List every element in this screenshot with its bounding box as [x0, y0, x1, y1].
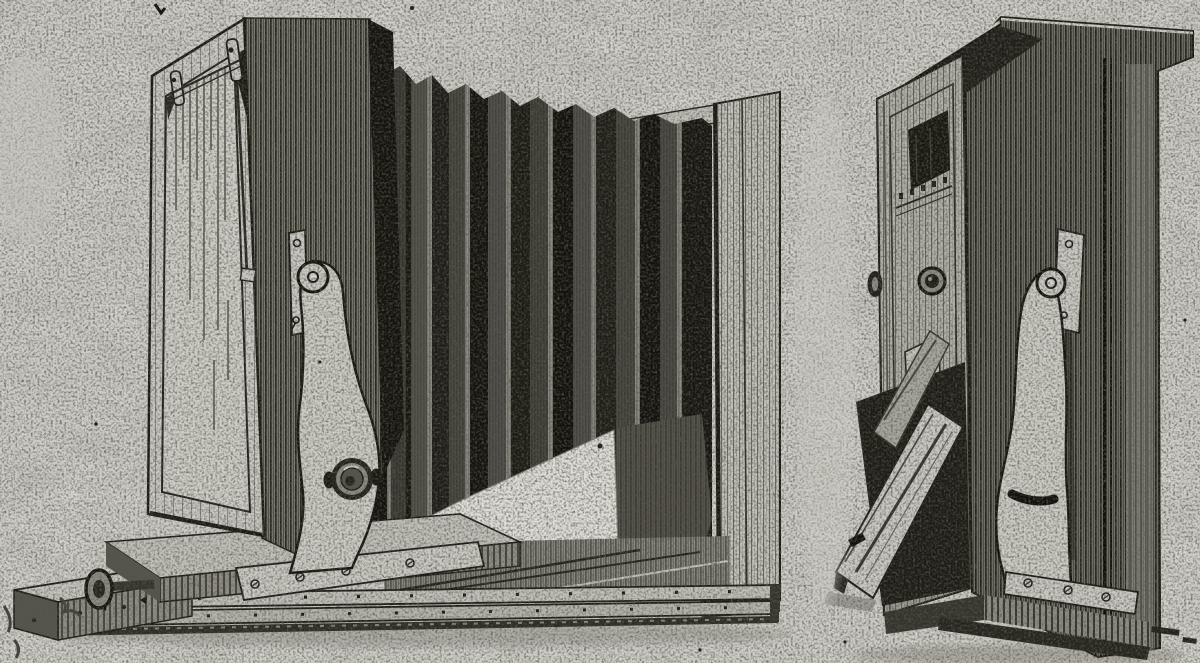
paper-speckle [0, 0, 1200, 663]
paper-tone-patch [795, 90, 855, 610]
engraving-canvas [0, 0, 1200, 663]
engraving-page [0, 0, 1200, 663]
